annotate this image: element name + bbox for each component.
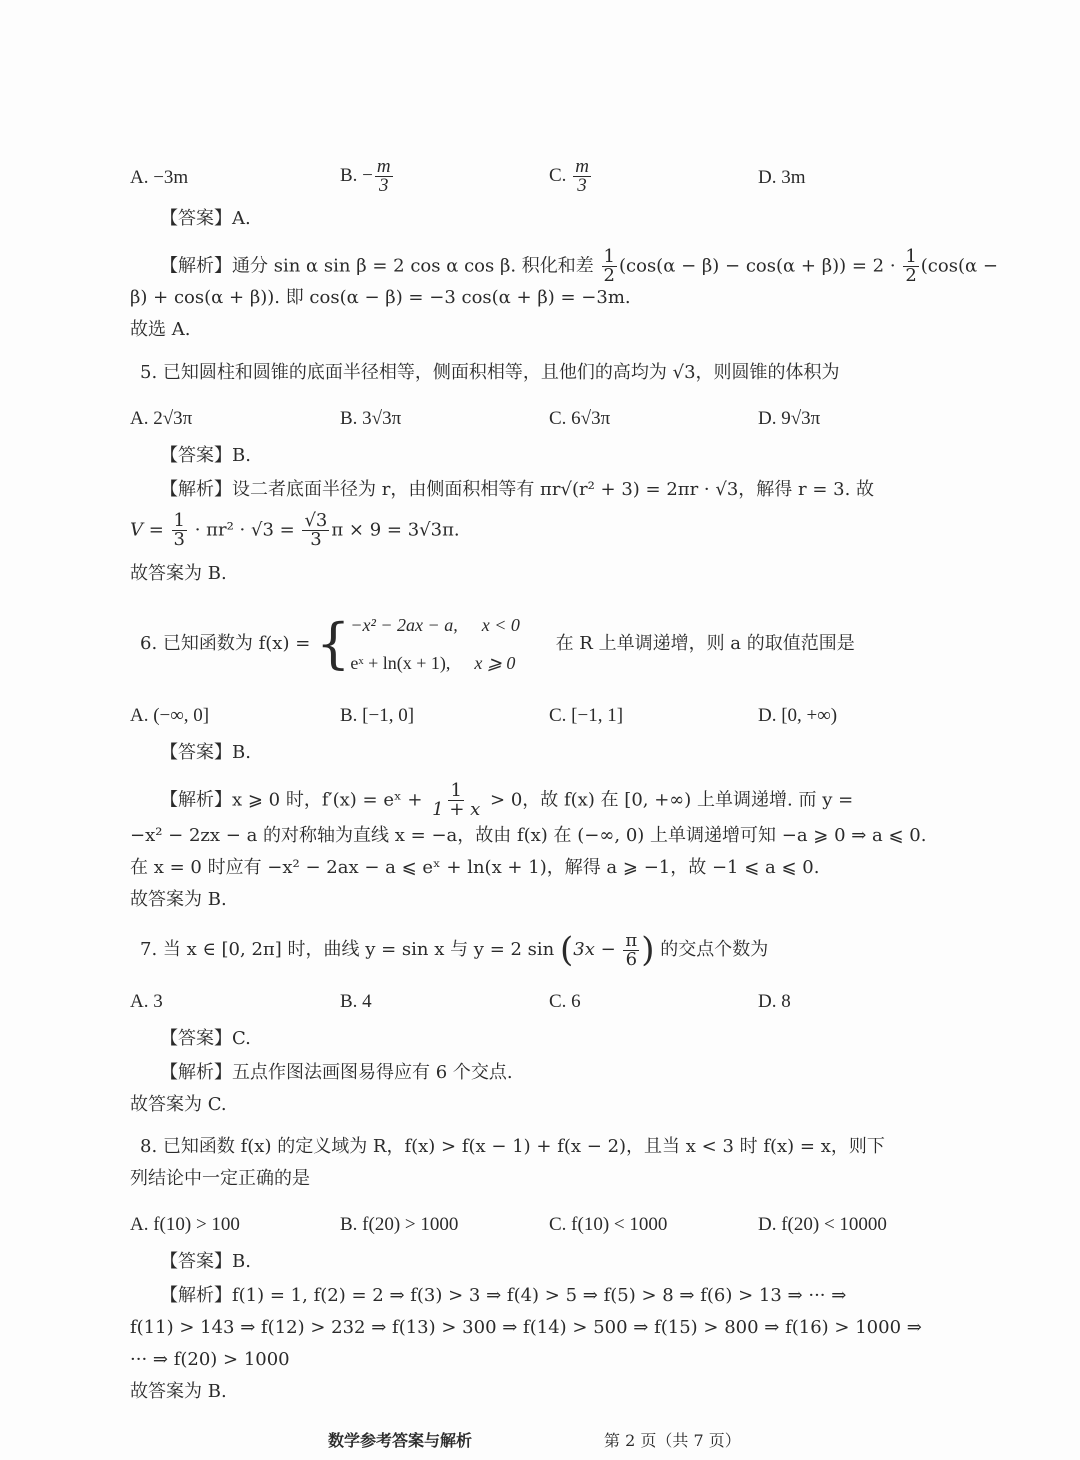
conclusion-line: 故答案为 C. (130, 1093, 227, 1117)
option-a: A. 3 (130, 990, 163, 1014)
option-b-label: B. − (340, 165, 373, 186)
analysis-text: 【解析】通分 sin α sin β = 2 cos α cos β. 积化和差 (160, 256, 594, 277)
analysis-text: · πr² · √3 = (195, 520, 295, 541)
option-b: B. [−1, 0] (340, 704, 414, 728)
option-b: B. f(20) > 1000 (340, 1213, 458, 1237)
option-d: D. [0, +∞) (758, 704, 837, 728)
stem-text: 6. 已知函数为 f(x) = (140, 633, 310, 654)
option-c-label: C. (549, 165, 566, 186)
fraction-denominator: 1 + x (430, 801, 482, 819)
question-stem: 列结论中一定正确的是 (130, 1167, 310, 1191)
answer-line: 【答案】B. (160, 1250, 251, 1274)
analysis-line: 【解析】通分 sin α sin β = 2 cos α cos β. 积化和差… (160, 248, 998, 285)
analysis-line: f(11) > 143 ⇒ f(12) > 232 ⇒ f(13) > 300 … (130, 1316, 922, 1340)
analysis-line: V = 13 · πr² · √3 = √33π × 9 = 3√3π. (130, 512, 460, 549)
fraction-denominator: 3 (308, 531, 323, 549)
option-b: B. −m3 (340, 158, 395, 195)
fraction-denominator: 3 (172, 531, 187, 549)
analysis-text: > 0，故 f(x) 在 [0, +∞) 上单调递增. 而 y = (490, 790, 853, 811)
conclusion-line: 故答案为 B. (130, 562, 227, 586)
option-a: A. f(10) > 100 (130, 1213, 240, 1237)
page-number: 第 2 页（共 7 页） (604, 1430, 741, 1452)
case-condition: x ⩾ 0 (474, 644, 515, 682)
stem-text: 在 R 上单调递增，则 a 的取值范围是 (556, 633, 855, 654)
question-stem: 5. 已知圆柱和圆锥的底面半径相等，侧面积相等，且他们的高均为 √3，则圆锥的体… (140, 361, 840, 385)
option-a: A. 2√3π (130, 407, 192, 431)
conclusion-line: 故答案为 B. (130, 888, 227, 912)
option-c: C. 6 (549, 990, 581, 1014)
option-c: C. 6√3π (549, 407, 610, 431)
answer-line: 【答案】C. (160, 1027, 251, 1051)
fraction-denominator: 2 (903, 267, 918, 285)
analysis-text: π × 9 = 3√3π. (331, 520, 459, 541)
stem-math: 3x − (573, 939, 615, 960)
fraction-denominator: 3 (377, 177, 391, 195)
option-d: D. 9√3π (758, 407, 820, 431)
option-c: C. [−1, 1] (549, 704, 623, 728)
stem-text: 7. 当 x ∈ [0, 2π] 时，曲线 y = sin x 与 y = 2 … (140, 939, 554, 960)
fraction-numerator: π (623, 932, 639, 951)
case-expression: eˣ + ln(x + 1), (350, 653, 450, 673)
question-stem: 6. 已知函数为 f(x) = { −x² − 2ax − a,x < 0 eˣ… (140, 606, 855, 682)
option-c: C. m3 (549, 158, 593, 195)
question-stem: 8. 已知函数 f(x) 的定义域为 R，f(x) > f(x − 1) + f… (140, 1135, 885, 1159)
analysis-line: ··· ⇒ f(20) > 1000 (130, 1348, 290, 1372)
option-a: A. −3m (130, 166, 188, 190)
conclusion-line: 故答案为 B. (130, 1380, 227, 1404)
option-b: B. 3√3π (340, 407, 401, 431)
analysis-text: V = (130, 520, 164, 541)
case-condition: x < 0 (482, 606, 520, 644)
analysis-line: 【解析】设二者底面半径为 r，由侧面积相等有 πr√(r² + 3) = 2πr… (160, 478, 874, 502)
answer-line: 【答案】B. (160, 444, 251, 468)
fraction-denominator: 6 (624, 951, 639, 969)
option-d: D. f(20) < 10000 (758, 1213, 887, 1237)
right-paren-icon: ) (641, 930, 654, 970)
option-d: D. 3m (758, 166, 806, 190)
analysis-text: 【解析】x ⩾ 0 时，f′(x) = eˣ + (160, 790, 422, 811)
fraction-denominator: 3 (575, 177, 589, 195)
fraction-denominator: 2 (602, 267, 617, 285)
left-paren-icon: ( (560, 930, 573, 970)
option-c: C. f(10) < 1000 (549, 1213, 667, 1237)
analysis-line: −x² − 2zx − a 的对称轴为直线 x = −a，故由 f(x) 在 (… (130, 824, 926, 848)
conclusion-line: 故选 A. (130, 318, 190, 342)
analysis-line: 【解析】x ⩾ 0 时，f′(x) = eˣ + 11 + x > 0，故 f(… (160, 782, 853, 819)
analysis-line: β) + cos(α + β)). 即 cos(α − β) = −3 cos(… (130, 286, 631, 310)
answer-line: 【答案】A. (160, 207, 251, 231)
analysis-line: 在 x = 0 时应有 −x² − 2ax − a ⩽ eˣ + ln(x + … (130, 856, 819, 880)
case-expression: −x² − 2ax − a, (350, 615, 457, 635)
stem-text: 的交点个数为 (660, 939, 768, 960)
document-page: A. −3m B. −m3 C. m3 D. 3m 【答案】A. 【解析】通分 … (0, 0, 1080, 1460)
analysis-line: 【解析】五点作图法画图易得应有 6 个交点. (160, 1061, 513, 1085)
footer-title: 数学参考答案与解析 (328, 1430, 472, 1452)
option-b: B. 4 (340, 990, 372, 1014)
left-brace-icon: { (316, 612, 350, 675)
answer-line: 【答案】B. (160, 741, 251, 765)
option-d: D. 8 (758, 990, 791, 1014)
analysis-line: 【解析】f(1) = 1, f(2) = 2 ⇒ f(3) > 3 ⇒ f(4)… (160, 1284, 846, 1308)
option-a: A. (−∞, 0] (130, 704, 209, 728)
question-stem: 7. 当 x ∈ [0, 2π] 时，曲线 y = sin x 与 y = 2 … (140, 930, 768, 970)
case-row: eˣ + ln(x + 1),x ⩾ 0 (350, 644, 519, 682)
case-row: −x² − 2ax − a,x < 0 (350, 606, 519, 644)
analysis-text: (cos(α − β) − cos(α + β)) = 2 · (619, 256, 896, 277)
piecewise-cases: −x² − 2ax − a,x < 0 eˣ + ln(x + 1),x ⩾ 0 (350, 606, 519, 682)
analysis-text: (cos(α − (921, 256, 998, 277)
